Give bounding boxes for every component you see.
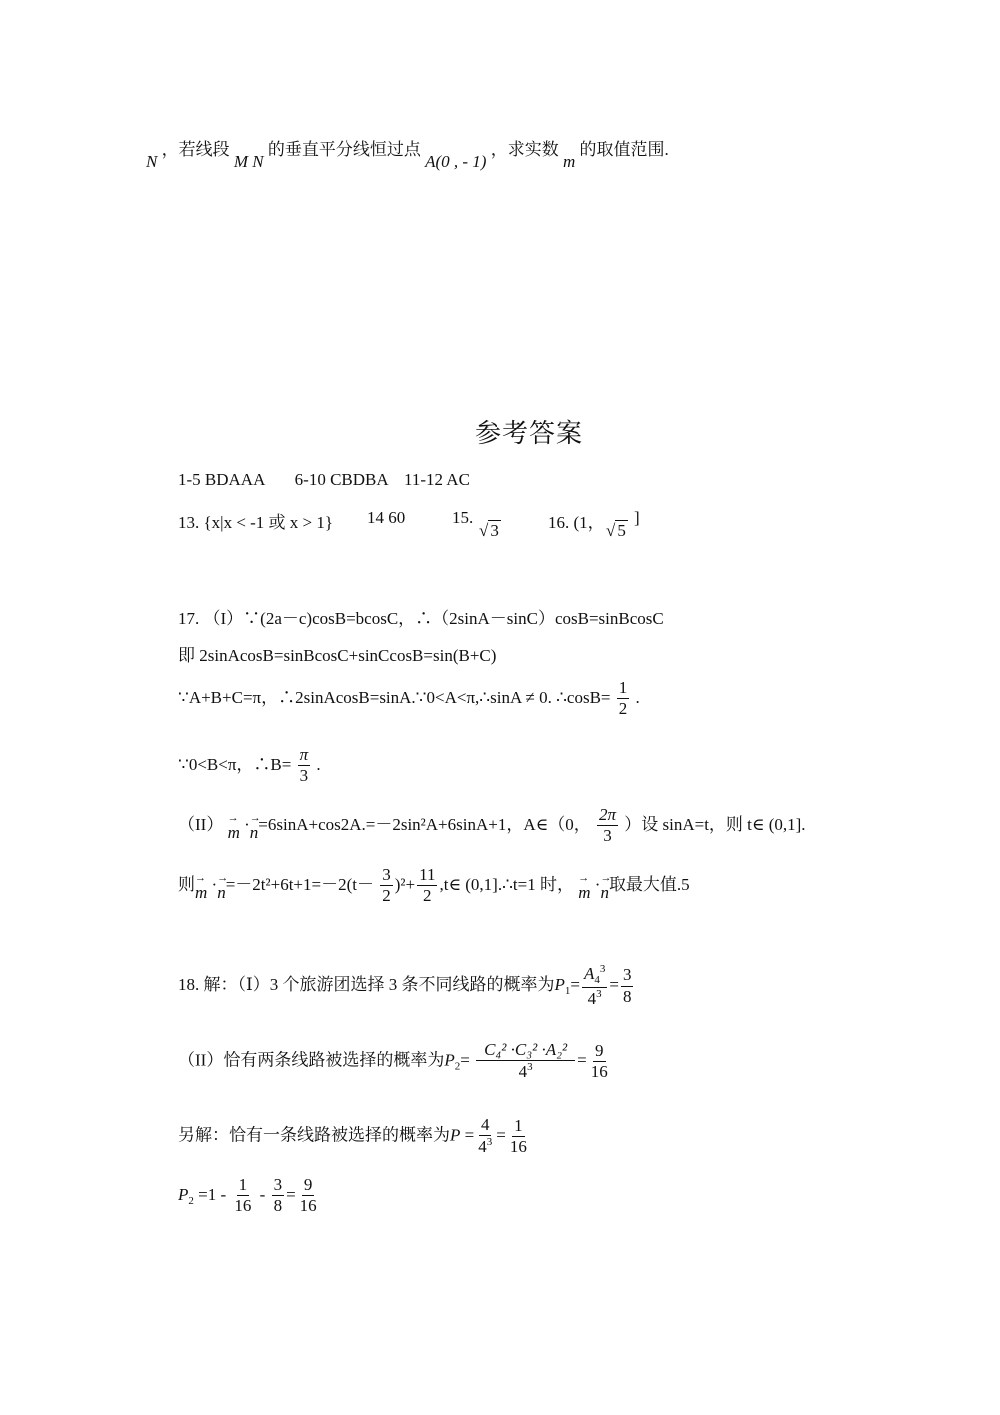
sqrt-icon: √5 bbox=[606, 521, 628, 541]
text: = bbox=[577, 1050, 587, 1069]
q17-line1: 17. （I）∵(2a－c)cosB=bcosC，∴（2sinA－sinC）co… bbox=[178, 604, 664, 629]
text: 的垂直平分线恒过点 bbox=[268, 140, 421, 159]
superscript: 3 bbox=[600, 963, 606, 975]
answers-title: 参考答案 bbox=[475, 413, 583, 450]
text: - bbox=[260, 1185, 266, 1204]
text: 4 bbox=[588, 989, 597, 1008]
text: )²+ bbox=[395, 875, 415, 894]
fraction: 38 bbox=[621, 965, 634, 1007]
text: . bbox=[316, 755, 320, 774]
fraction: π3 bbox=[298, 745, 311, 787]
text: = bbox=[286, 1185, 296, 1204]
text: （II） bbox=[178, 815, 223, 834]
q18-line1: 18. 解：（Ⅰ）3 个旅游团选择 3 条不同线路的概率为P1=A4343=38 bbox=[178, 963, 635, 1010]
text: 则 bbox=[178, 875, 195, 894]
text: = bbox=[465, 1125, 475, 1144]
text: 4 bbox=[519, 1062, 528, 1081]
choice-11-12: 11-12 AC bbox=[404, 470, 470, 489]
text: = bbox=[570, 975, 580, 994]
q17-line2: 即 2sinAcosB=sinBcosC+sinCcosB=sin(B+C) bbox=[178, 641, 496, 666]
text: ）设 sinA=t，则 t∈ (0,1]. bbox=[624, 815, 805, 834]
text: . bbox=[636, 688, 640, 707]
text: = bbox=[460, 1050, 470, 1069]
var-p: P bbox=[178, 1185, 188, 1204]
q15-label: 15. bbox=[452, 508, 473, 528]
subscript: 2 bbox=[188, 1195, 194, 1207]
q18-last-line: P2 =1 - 116 - 38=916 bbox=[178, 1175, 321, 1217]
text: 18. 解：（Ⅰ）3 个旅游团选择 3 条不同线路的概率为 bbox=[178, 975, 554, 994]
fraction: 38 bbox=[272, 1175, 285, 1217]
superscript: 3 bbox=[487, 1136, 493, 1148]
var-p: P bbox=[450, 1125, 460, 1144]
q17-line6: 则m ·n=－2t²+6t+1=－2(t－ 32)²+112,t∈ (0,1].… bbox=[178, 865, 690, 907]
text: ∵A+B+C=π，∴2sinAcosB=sinA.∵0<A<π,∴sinA ≠ … bbox=[178, 688, 611, 707]
q17-line3: ∵A+B+C=π，∴2sinAcosB=sinA.∵0<A<π,∴sinA ≠ … bbox=[178, 678, 640, 720]
q17-line4: ∵0<B<π，∴B= π3 . bbox=[178, 745, 321, 787]
fraction: 112 bbox=[417, 865, 437, 907]
q18-alt-line: 另解：恰有一条线路被选择的概率为P =443=116 bbox=[178, 1115, 531, 1158]
text: = bbox=[609, 975, 619, 994]
text: ,t∈ (0,1].∴t=1 时， bbox=[439, 875, 574, 894]
fraction: 916 bbox=[298, 1175, 319, 1217]
fraction: 116 bbox=[232, 1175, 253, 1217]
var-p: P bbox=[444, 1050, 454, 1069]
sqrt-icon: √3 bbox=[479, 521, 501, 541]
vector-m: m bbox=[578, 883, 590, 903]
text: =－2t²+6t+1=－2(t－ bbox=[226, 875, 374, 894]
problem-continuation-line: N ，若线段 M N 的垂直平分线恒过点 A(0 , - 1) ，求实数 m 的… bbox=[146, 135, 669, 160]
text: （II）恰有两条线路被选择的概率为 bbox=[178, 1050, 444, 1069]
vector-n: n bbox=[217, 883, 226, 903]
text: ，若线段 bbox=[162, 140, 230, 159]
subscript: 4 bbox=[594, 974, 600, 986]
choice-answers: 1-5 BDAAA 6-10 CBDBA 11-12 AC bbox=[178, 470, 470, 490]
q17-part2: （II） m ·n=6sinA+cos2A.=－2sin²A+6sinA+1，A… bbox=[178, 805, 806, 847]
fraction: 32 bbox=[380, 865, 393, 907]
text: =6sinA+cos2A.=－2sin²A+6sinA+1，A∈（0， bbox=[258, 815, 590, 834]
text: =1 - bbox=[198, 1185, 226, 1204]
fraction: A4343 bbox=[582, 963, 607, 1010]
text: 的取值范围. bbox=[580, 140, 669, 159]
text: ∵0<B<π，∴B= bbox=[178, 755, 291, 774]
text: 4 bbox=[478, 1137, 487, 1156]
var-m: m bbox=[563, 152, 575, 171]
q16-label: 16. (1， bbox=[548, 508, 605, 533]
fraction: 443 bbox=[476, 1115, 494, 1158]
fraction: 12 bbox=[617, 678, 630, 720]
superscript: 3 bbox=[596, 988, 602, 1000]
segment-mn: M N bbox=[234, 152, 264, 171]
vector-n: n bbox=[250, 823, 259, 843]
text: ，求实数 bbox=[491, 140, 559, 159]
q16-value: √5 bbox=[606, 521, 628, 541]
superscript: 3 bbox=[527, 1061, 533, 1073]
point-a: A(0 , - 1) bbox=[425, 152, 486, 171]
text: A bbox=[584, 964, 594, 983]
fraction: C₄² ·C₃² ·A₂²43 bbox=[476, 1040, 575, 1083]
text: 取最大值.5 bbox=[609, 875, 690, 894]
q15-value: √3 bbox=[479, 521, 501, 541]
text: = bbox=[496, 1125, 506, 1144]
choice-1-5: 1-5 BDAAA bbox=[178, 470, 264, 489]
q14: 14 60 bbox=[367, 508, 405, 528]
fraction: 116 bbox=[508, 1116, 529, 1158]
fraction: 916 bbox=[589, 1041, 610, 1083]
text: 另解：恰有一条线路被选择的概率为 bbox=[178, 1125, 450, 1144]
vector-n: n bbox=[600, 883, 609, 903]
vector-m: m bbox=[195, 883, 207, 903]
var-p: P bbox=[554, 975, 564, 994]
vector-m: m bbox=[228, 823, 240, 843]
fraction: 2π3 bbox=[597, 805, 618, 847]
q16-close: ] bbox=[634, 508, 640, 528]
q18-line2: （II）恰有两条线路被选择的概率为P2= C₄² ·C₃² ·A₂²43=916 bbox=[178, 1040, 612, 1083]
var-n: N bbox=[146, 152, 157, 171]
choice-6-10: 6-10 CBDBA bbox=[295, 470, 388, 489]
q13: 13. {x|x < -1 或 x > 1} bbox=[178, 508, 333, 533]
